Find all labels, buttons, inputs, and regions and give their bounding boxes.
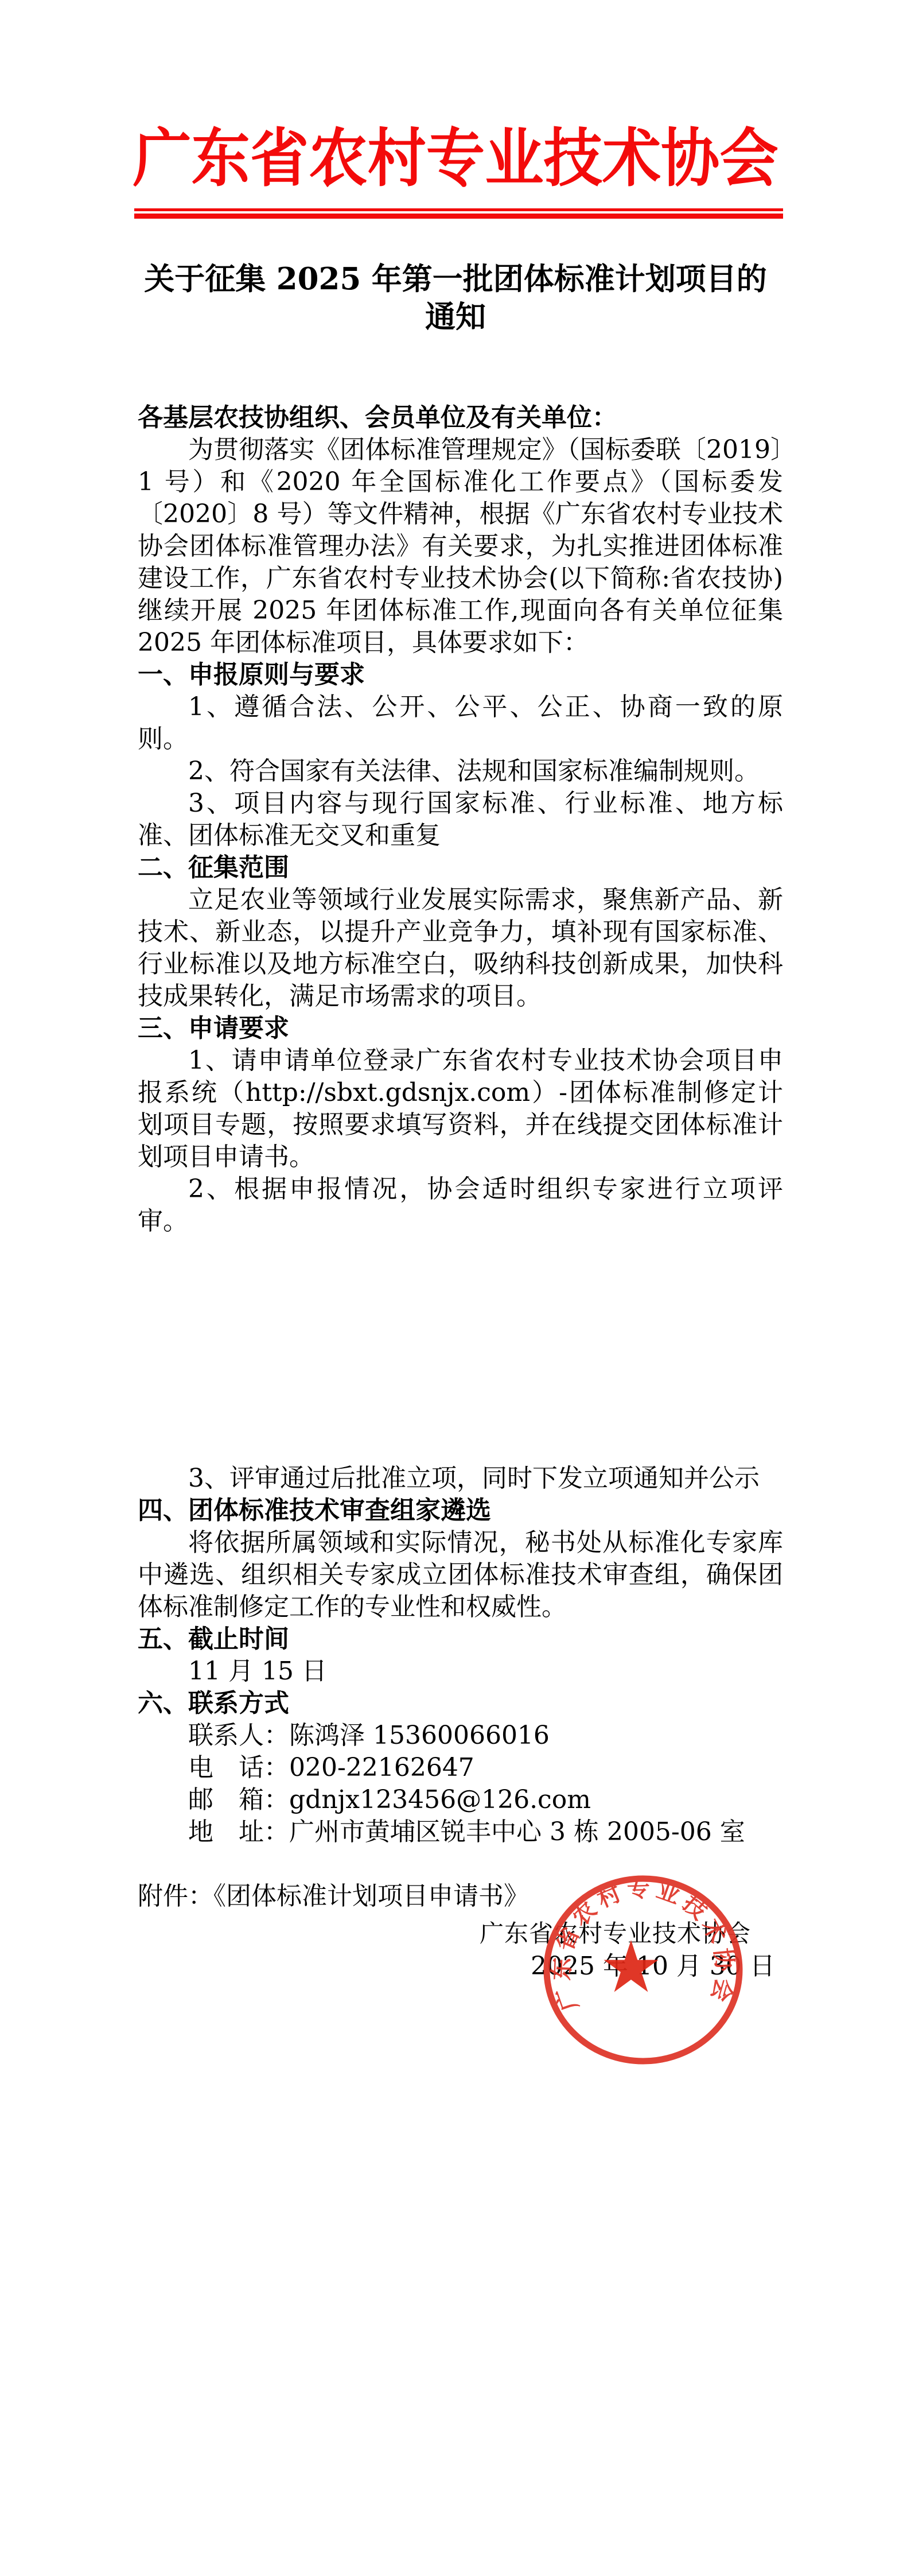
contact-person-line: 联系人：陈鸿泽 15360066016 [138,1720,783,1752]
notice-title-line1: 关于征集 2025 年第一批团体标准计划项目的 [86,260,825,298]
official-seal-stamp: 广东省农村专业技术协会 [538,1872,749,2067]
section-3-heading: 三、申请要求 [138,1012,783,1045]
section-2-heading: 二、征集范围 [138,852,783,884]
notice-body: 各基层农技协组织、会员单位及有关单位： 为贯彻落实《团体标准管理规定》（国标委联… [138,402,783,1912]
letterhead-org-title: 广东省农村专业技术协会 [0,118,911,199]
section-5-heading: 五、截止时间 [138,1623,783,1655]
section-6-heading: 六、联系方式 [138,1687,783,1720]
notice-title: 关于征集 2025 年第一批团体标准计划项目的 通知 [86,260,825,336]
divider-thick-line [134,214,783,219]
notice-document-page: 广东省农村专业技术协会 关于征集 2025 年第一批团体标准计划项目的 通知 各… [0,0,911,2576]
contact-address-line: 地 址：广州市黄埔区锐丰中心 3 栋 2005-06 室 [138,1816,783,1848]
section-3-item-2: 2、根据申报情况，协会适时组织专家进行立项评审。 [138,1173,783,1237]
seal-star-icon [604,1940,658,1992]
letterhead-divider [134,208,783,219]
deadline-line: 11 月 15 日 [138,1655,783,1687]
section-3-item-3: 3、评审通过后批准立项，同时下发立项通知并公示 [138,1462,783,1495]
salutation-line: 各基层农技协组织、会员单位及有关单位： [138,402,783,434]
vertical-whitespace-gap [138,1237,783,1462]
section-4-heading: 四、团体标准技术审查组家遴选 [138,1495,783,1527]
section-1-heading: 一、申报原则与要求 [138,659,783,691]
seal-curved-text: 广东省农村专业技术协会 [548,1875,738,2014]
notice-title-line2: 通知 [86,298,825,336]
section-1-item-1: 1、遵循合法、公开、公平、公正、协商一致的原则。 [138,691,783,755]
section-1-item-2: 2、符合国家有关法律、法规和国家标准编制规则。 [138,755,783,787]
section-3-item-1: 1、请申请单位登录广东省农村专业技术协会项目申报系统（http://sbxt.g… [138,1045,783,1173]
letterhead-org-title-text: 广东省农村专业技术协会 [133,118,778,199]
section-4-paragraph: 将依据所属领域和实际情况，秘书处从标准化专家库中遴选、组织相关专家成立团体标准技… [138,1527,783,1623]
intro-paragraph: 为贯彻落实《团体标准管理规定》（国标委联〔2019〕1 号）和《2020 年全国… [138,434,783,659]
section-2-paragraph: 立足农业等领域行业发展实际需求，聚焦新产品、新技术、新业态，以提升产业竞争力，填… [138,884,783,1012]
contact-phone-line: 电 话：020-22162647 [138,1752,783,1784]
contact-email-line: 邮 箱：gdnjx123456@126.com [138,1784,783,1816]
section-1-item-3: 3、项目内容与现行国家标准、行业标准、地方标准、团体标准无交叉和重复 [138,787,783,852]
